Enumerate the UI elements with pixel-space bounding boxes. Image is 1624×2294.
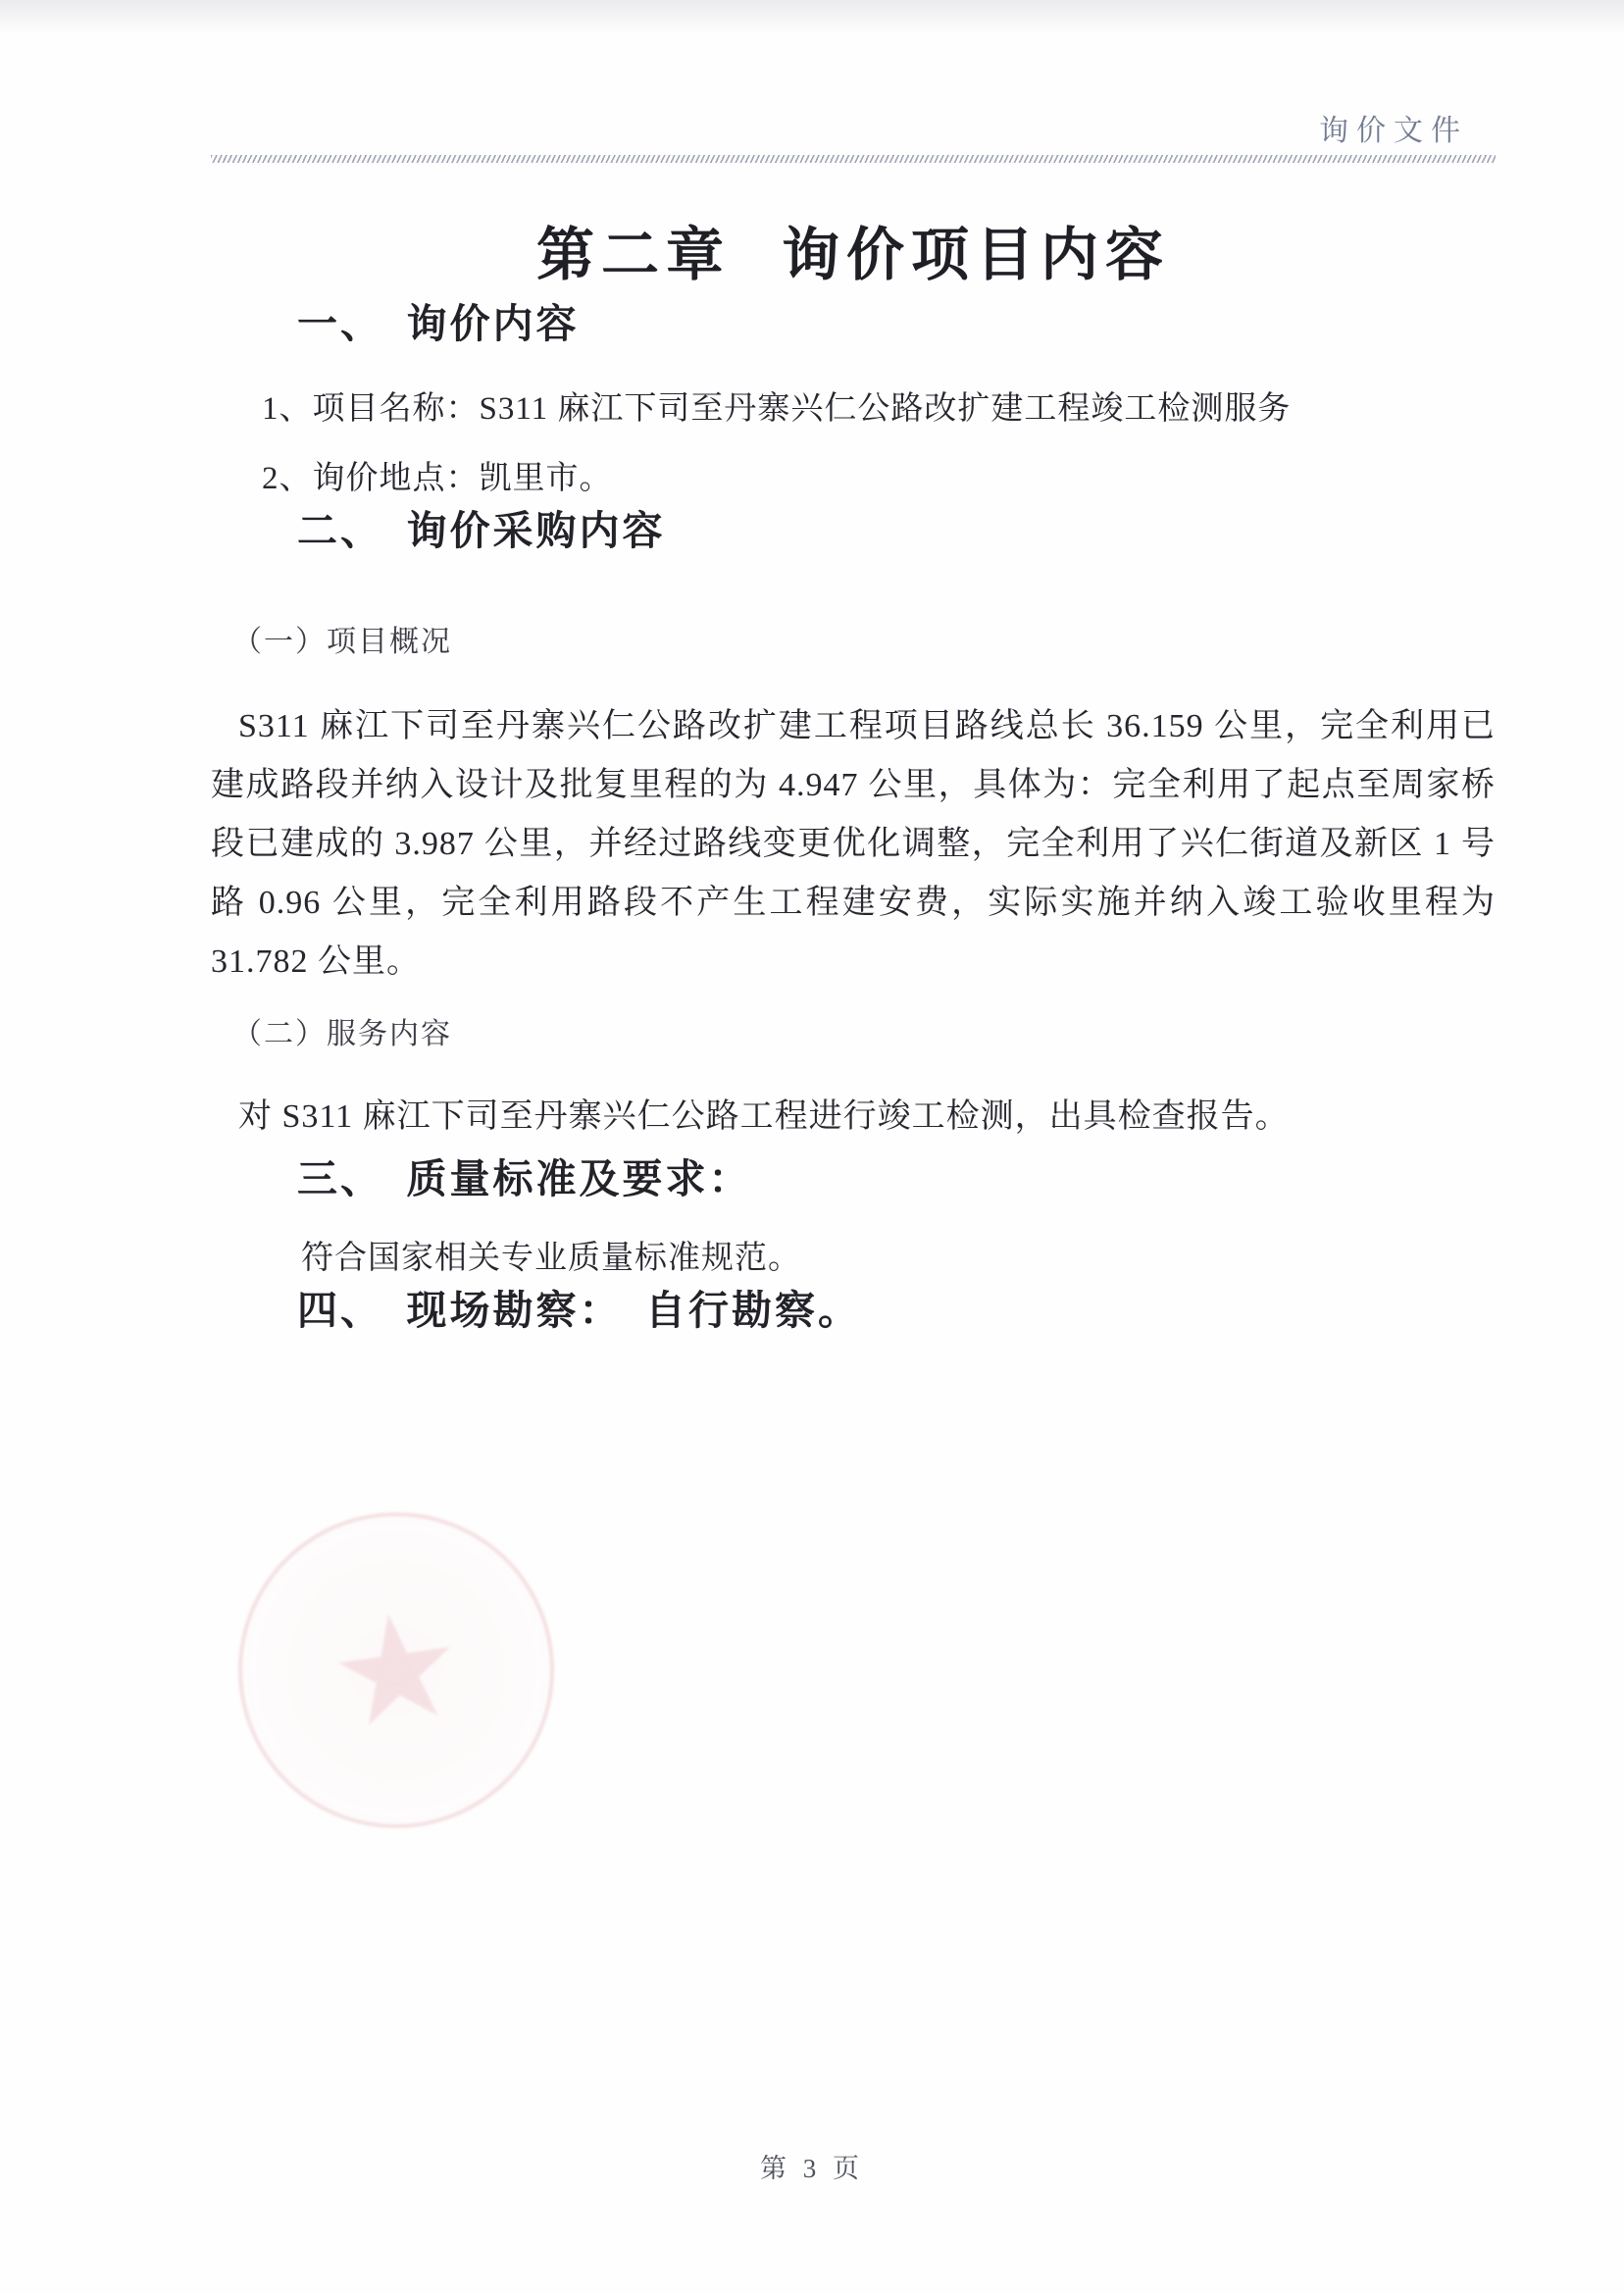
project-overview-paragraph: S311 麻江下司至丹寨兴仁公路改扩建工程项目路线总长 36.159 公里，完全… [211,697,1496,992]
section-1-item-inquiry-location: 2、询价地点：凯里市。 [262,452,1496,498]
section-3-heading: 三、 质量标准及要求： [297,1147,1496,1204]
subsection-2-label: （二）服务内容 [232,1009,1496,1052]
quality-standard-text: 符合国家相关专业质量标准规范。 [301,1232,1496,1278]
page-header: 询价文件 [211,106,1496,149]
red-seal-stamp: ★ [218,1492,575,1849]
document-page: 询价文件 第二章询价项目内容 一、 询价内容 1、项目名称：S311 麻江下司至… [0,0,1624,2294]
service-content-paragraph: 对 S311 麻江下司至丹寨兴仁公路工程进行竣工检测，出具检查报告。 [211,1088,1496,1147]
page-footer: 第 3 页 [0,2147,1624,2185]
header-doc-type-label: 询价文件 [1319,115,1468,147]
header-hatched-rule [211,155,1496,163]
page-number-label: 第 3 页 [760,2154,864,2183]
chapter-title: 第二章询价项目内容 [211,208,1496,291]
section-1-item-project-name: 1、项目名称：S311 麻江下司至丹寨兴仁公路改扩建工程竣工检测服务 [262,382,1496,429]
subsection-1-label: （一）项目概况 [232,617,1496,660]
star-icon: ★ [321,1588,472,1752]
section-4-heading: 四、 现场勘察： 自行勘察。 [297,1278,1496,1336]
scan-artifact-top [0,0,1624,35]
section-2-heading: 二、 询价采购内容 [297,498,1496,556]
chapter-subject: 询价项目内容 [782,223,1170,287]
section-1-heading: 一、 询价内容 [297,291,1496,349]
chapter-number: 第二章 [536,223,731,287]
